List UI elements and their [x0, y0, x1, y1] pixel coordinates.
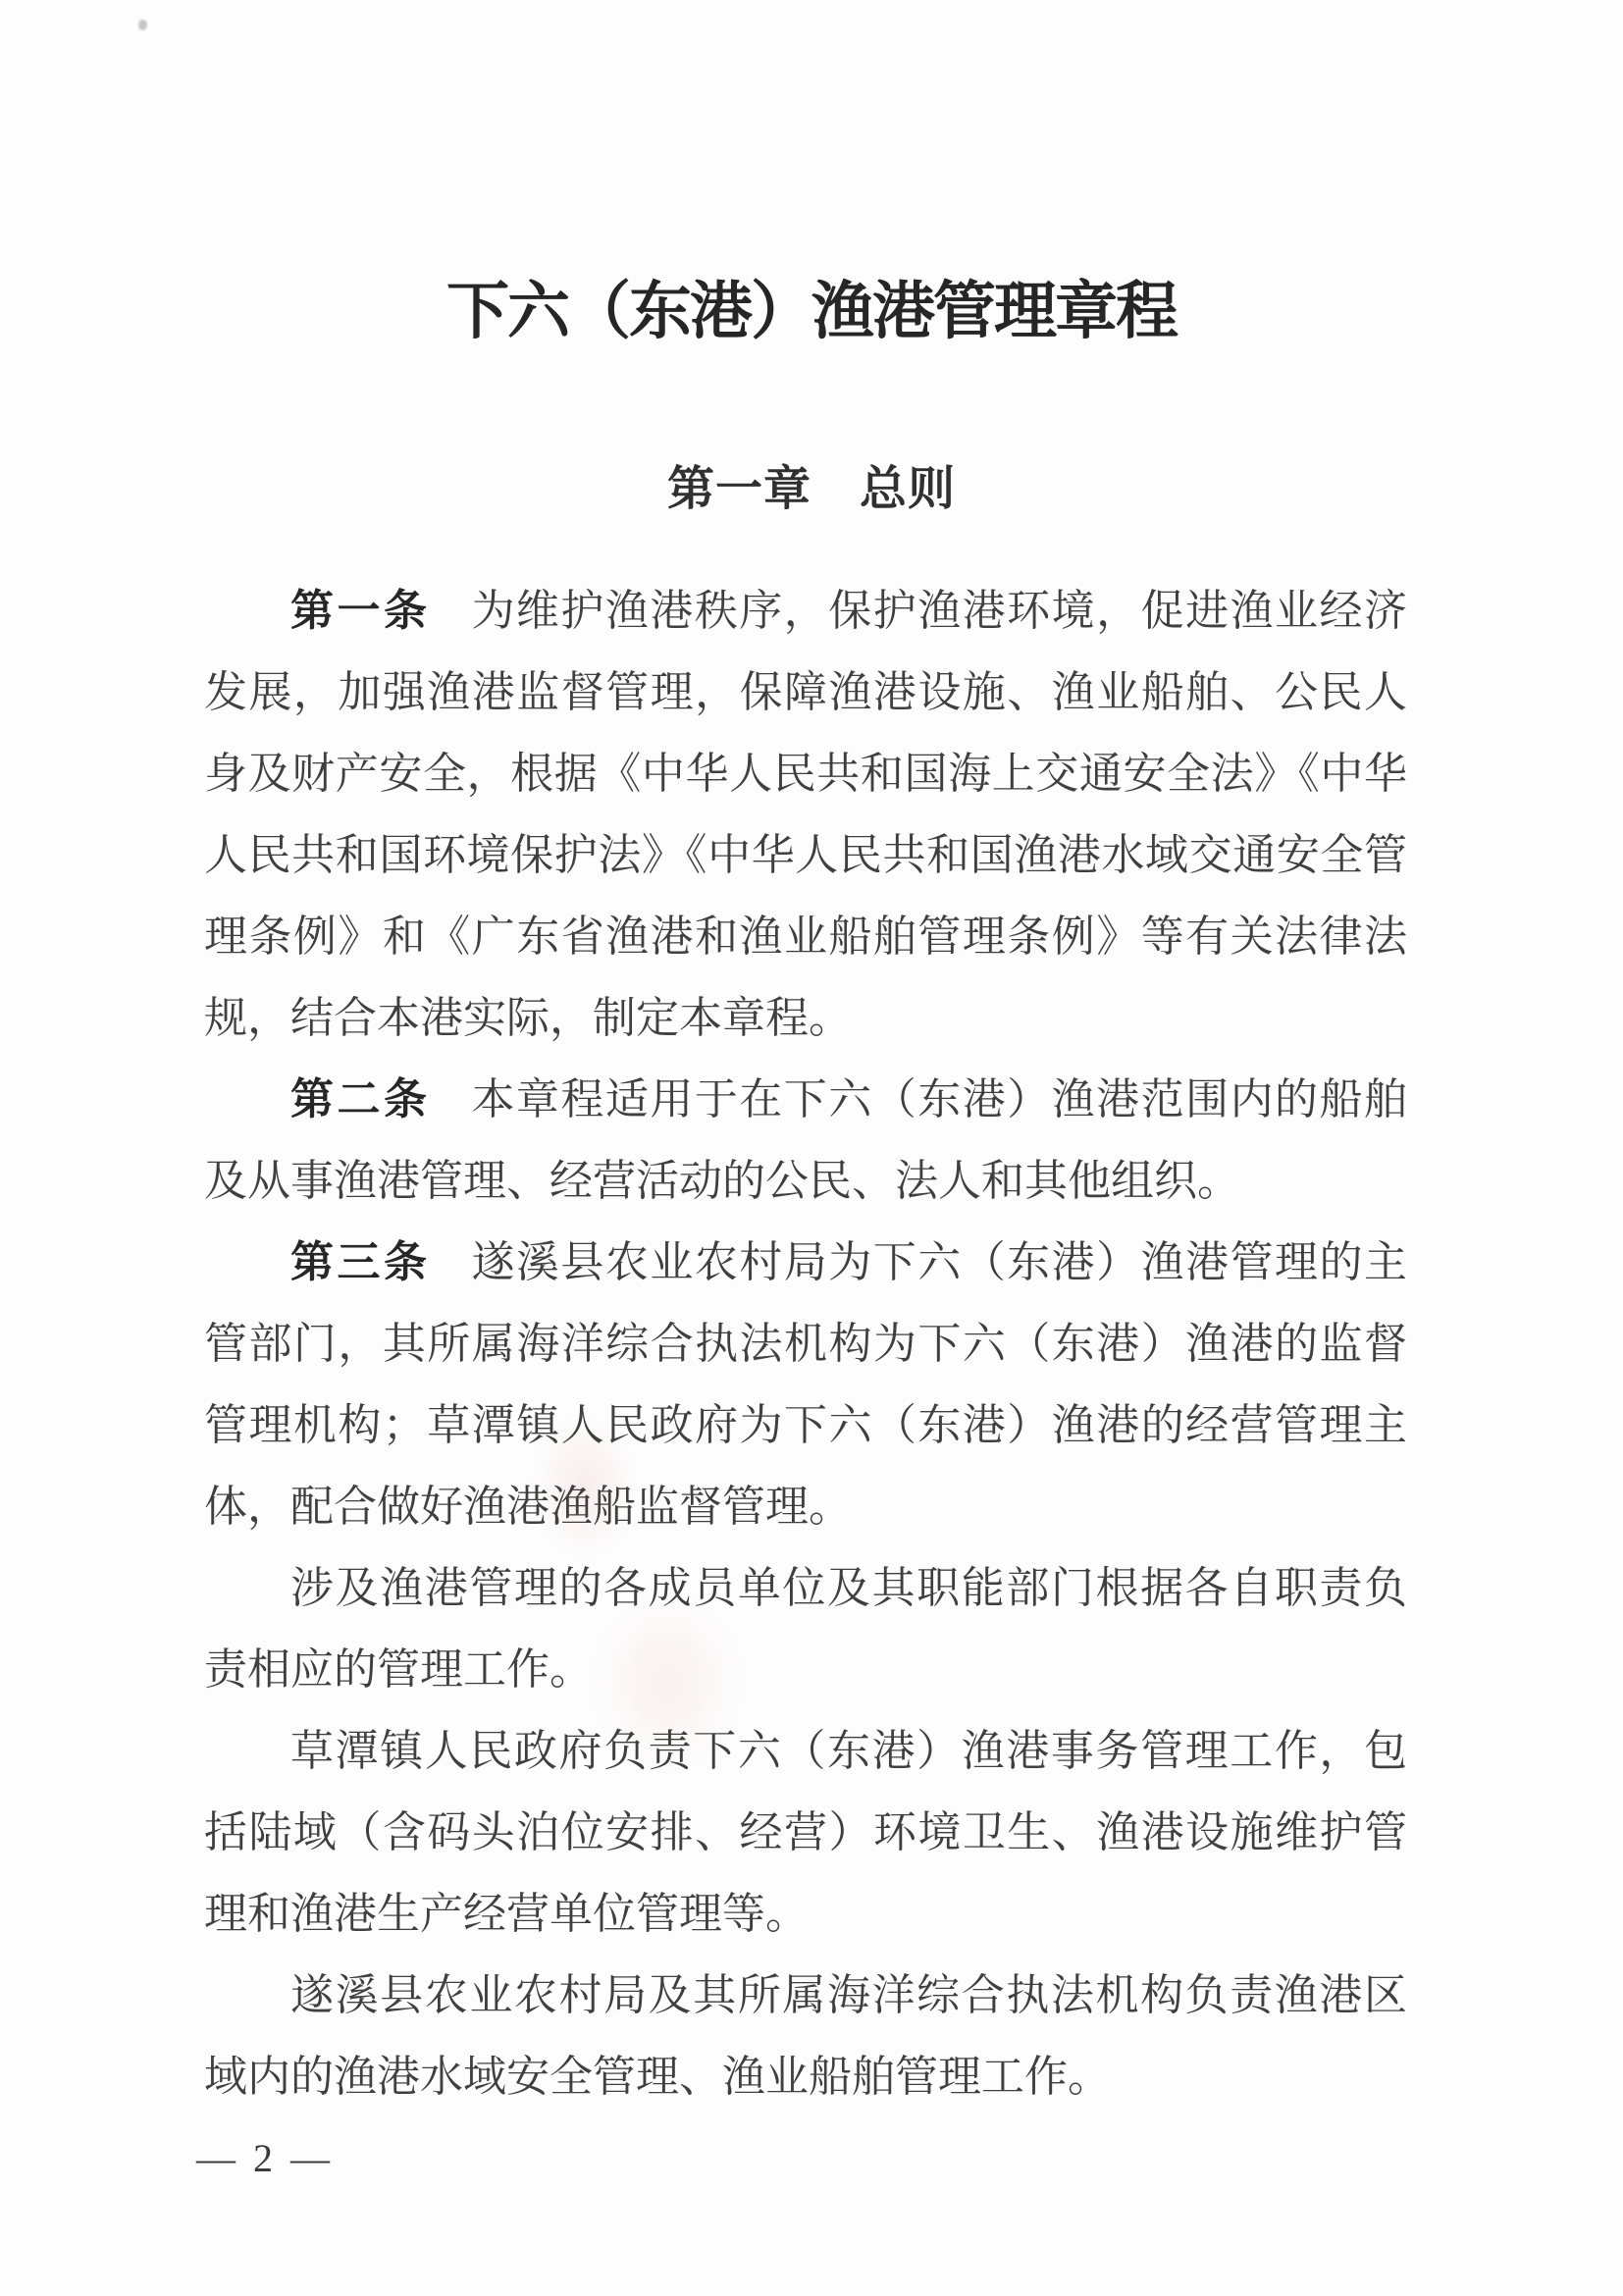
paragraph: 草潭镇人民政府负责下六（东港）渔港事务管理工作，包括陆域（含码头泊位安排、经营）… [204, 1710, 1407, 1955]
page-number: — 2 — [196, 2135, 334, 2181]
document-title: 下六（东港）渔港管理章程 [0, 276, 1623, 348]
article-label: 第二条 [290, 1075, 430, 1123]
paragraph: 第二条本章程适用于在下六（东港）渔港范围内的船舶及从事渔港管理、经营活动的公民、… [204, 1059, 1407, 1222]
paragraph-text: 遂溪县农业农村局及其所属海洋综合执法机构负责渔港区域内的渔港水域安全管理、渔业船… [204, 1971, 1407, 2101]
article-label: 第一条 [290, 587, 430, 635]
paragraph-text: 为维护渔港秩序，保护渔港环境，促进渔业经济发展，加强渔港监督管理，保障渔港设施、… [204, 587, 1407, 1042]
paragraph: 遂溪县农业农村局及其所属海洋综合执法机构负责渔港区域内的渔港水域安全管理、渔业船… [204, 1955, 1407, 2117]
paragraph-text: 涉及渔港管理的各成员单位及其职能部门根据各自职责负责相应的管理工作。 [204, 1564, 1407, 1694]
chapter-heading: 第一章 总则 [0, 461, 1623, 518]
paragraph: 第一条为维护渔港秩序，保护渔港环境，促进渔业经济发展，加强渔港监督管理，保障渔港… [204, 570, 1407, 1059]
scan-speck-artifact [138, 20, 147, 30]
paragraph: 涉及渔港管理的各成员单位及其职能部门根据各自职责负责相应的管理工作。 [204, 1547, 1407, 1710]
document-page: 下六（东港）渔港管理章程 第一章 总则 第一条为维护渔港秩序，保护渔港环境，促进… [0, 0, 1623, 2296]
article-label: 第三条 [290, 1238, 430, 1286]
paragraph: 第三条遂溪县农业农村局为下六（东港）渔港管理的主管部门，其所属海洋综合执法机构为… [204, 1222, 1407, 1547]
document-body: 第一条为维护渔港秩序，保护渔港环境，促进渔业经济发展，加强渔港监督管理，保障渔港… [204, 570, 1407, 2117]
paragraph-text: 草潭镇人民政府负责下六（东港）渔港事务管理工作，包括陆域（含码头泊位安排、经营）… [204, 1727, 1407, 1938]
